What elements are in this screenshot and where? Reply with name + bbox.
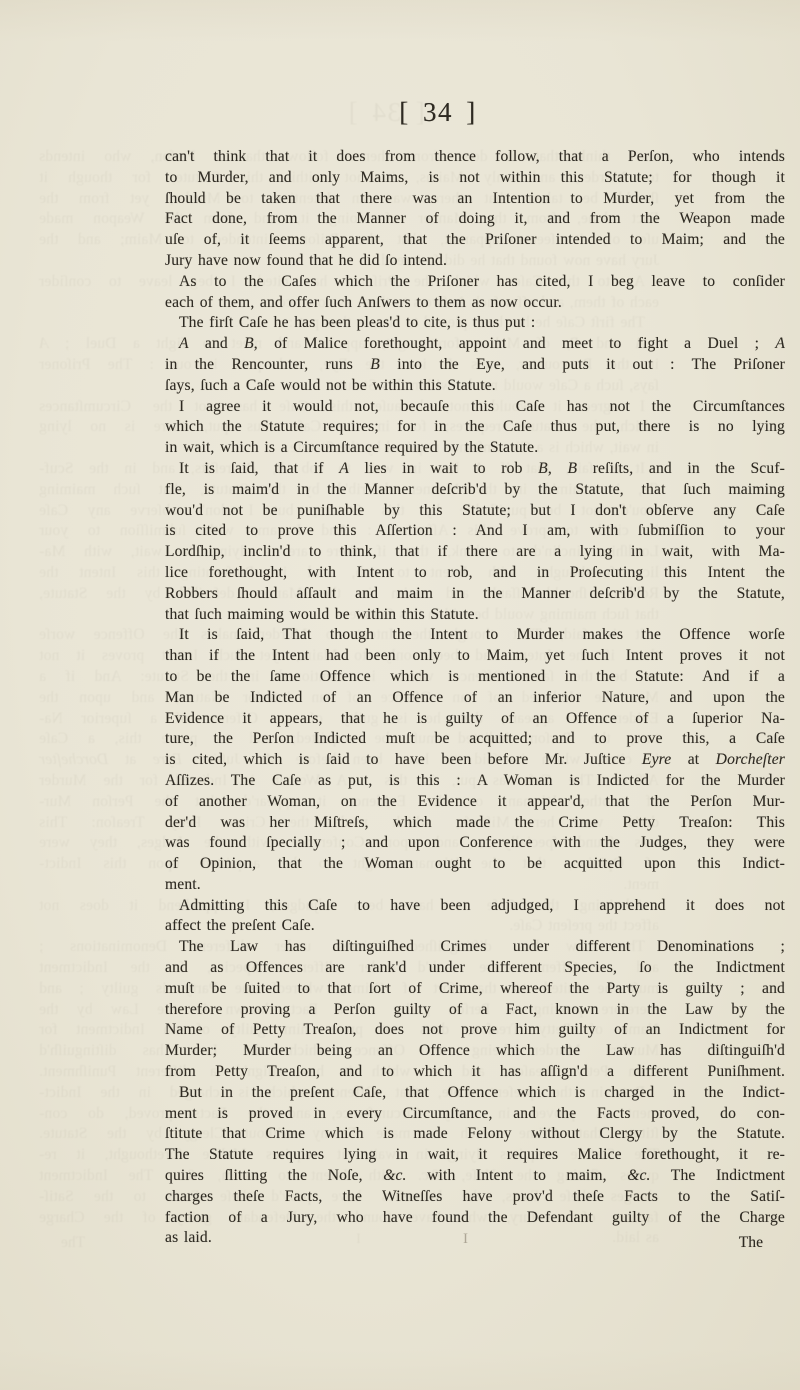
text-line: der'd was her Miſtreſs, which made the C…	[165, 813, 785, 834]
text-line: Jury have now found that he did ſo inten…	[165, 251, 785, 272]
text-line: which the Statute requires; for in the C…	[165, 417, 785, 438]
page-content: [ 34 ] can't think that it does from the…	[0, 0, 800, 1390]
text-line: Lordſhip, inclin'd to think, that if the…	[165, 542, 785, 563]
text-block: can't think that it does from thence fol…	[165, 147, 785, 1249]
text-line: is cited, which is ſaid to have been bef…	[165, 750, 785, 771]
text-line: can't think that it does from thence fol…	[165, 147, 785, 168]
text-line: quires ſlitting the Noſe, &c. with Inten…	[165, 1166, 785, 1187]
text-line: from Petty Treaſon, and to which it has …	[165, 1062, 785, 1083]
text-line: uſe of, it ſeems apparent, that the Priſ…	[165, 230, 785, 251]
text-line: But in the preſent Caſe, that Offence wh…	[165, 1083, 785, 1104]
text-line: that ſuch maiming would be within this S…	[165, 605, 785, 626]
text-line: Man be Indicted of an Offence of an infe…	[165, 688, 785, 709]
text-line: Admitting this Caſe to have been adjudge…	[165, 896, 785, 917]
text-line: ſays, ſuch a Caſe would not be within th…	[165, 376, 785, 397]
text-line: fle, is maim'd in the Manner deſcrib'd b…	[165, 480, 785, 501]
text-line: in wait, which is a Circumſtance require…	[165, 438, 785, 459]
text-line: Robbers ſhould aſſault and maim in the M…	[165, 584, 785, 605]
text-line: ſhould be taken that there was an Intent…	[165, 189, 785, 210]
text-line: Fact done, from the Manner of doing it, …	[165, 209, 785, 230]
text-line: of Opinion, that the Woman ought to be a…	[165, 854, 785, 875]
text-line: ture, the Perſon Indicted muſt be acquit…	[165, 729, 785, 750]
text-line: Name of Petty Treaſon, does not prove hi…	[165, 1020, 785, 1041]
text-line: The Statute requires lying in wait, it r…	[165, 1145, 785, 1166]
text-line: ment.	[165, 875, 785, 896]
text-line: Evidence it appears, that he is guilty o…	[165, 709, 785, 730]
text-line: It is ſaid, that if A lies in wait to ro…	[165, 459, 785, 480]
text-line: Aſſizes. The Caſe as put, is this : A Wo…	[165, 771, 785, 792]
text-line: As to the Caſes which the Priſoner has c…	[165, 272, 785, 293]
text-line: is cited to prove this Aſſertion : And I…	[165, 521, 785, 542]
text-line: It is ſaid, That though the Intent to Mu…	[165, 625, 785, 646]
text-line: wou'd not be puniſhable by this Statute;…	[165, 501, 785, 522]
text-line: to be the ſame Offence which is mentione…	[165, 667, 785, 688]
text-line: than if the Intent had been only to Maim…	[165, 646, 785, 667]
text-line: affect the preſent Caſe.	[165, 916, 785, 937]
text-line: ſtitute that Crime which is made Felony …	[165, 1124, 785, 1145]
text-line: and as Offences are rank'd under differe…	[165, 958, 785, 979]
text-line: I agree it would not, becauſe this Caſe …	[165, 397, 785, 418]
text-line: muſt be ſuited to that ſort of Crime, wh…	[165, 979, 785, 1000]
text-line: of another Woman, on the Evidence it app…	[165, 792, 785, 813]
text-line: faction of a Jury, who have found the De…	[165, 1208, 785, 1229]
text-line: A and B, of Malice forethought, appoint …	[165, 334, 785, 355]
signature-mark: I	[463, 1231, 468, 1248]
text-line: to Murder, and only Maims, is not within…	[165, 168, 785, 189]
text-line: therefore proving a Perſon guilty of a F…	[165, 1000, 785, 1021]
text-line: charges theſe Facts, the Witneſſes have …	[165, 1187, 785, 1208]
text-line: was found ſpecially ; and upon Conferenc…	[165, 833, 785, 854]
text-line: lice forethought, with Intent to rob, an…	[165, 563, 785, 584]
page-number: [ 34 ]	[399, 95, 476, 129]
text-line: ment is proved in every Circumſtance, an…	[165, 1104, 785, 1125]
text-line: each of them, and offer ſuch Anſwers to …	[165, 293, 785, 314]
text-line: The firſt Caſe he has been pleas'd to ci…	[165, 313, 785, 334]
text-line: Murder; Murder being an Offence which th…	[165, 1041, 785, 1062]
text-line: in the Rencounter, runs B into the Eye, …	[165, 355, 785, 376]
text-line: The Law has diſtinguiſhed Crimes under d…	[165, 937, 785, 958]
